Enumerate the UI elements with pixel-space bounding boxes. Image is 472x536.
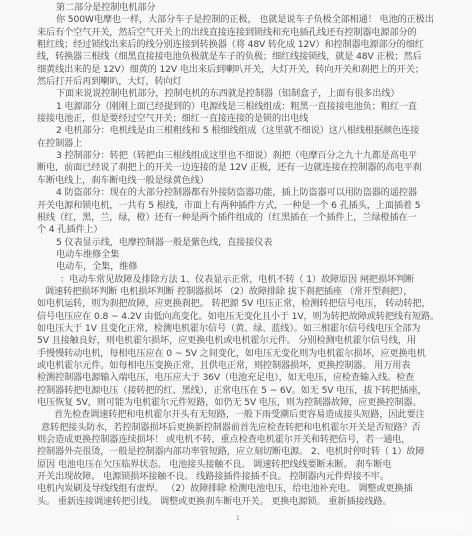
text-line: 开关出现故障。 电源锁损坏接触不良。 线路接插件接插不良。 控制器内元件焊接不牢… [37,471,437,483]
text-line: 如电机运转，则为刹把故障，应更换刹把。 转把源 5V 电压正常，检测转把信号电压… [37,298,437,310]
text-line: 4 防盗部分：现在的大部分控制器都有外接防盗器功能，插上防盗器可以用防盗器的遥控… [37,187,437,199]
text-line: 下面来说说控制电机部分，控制电机的东西就是控制器（铝制盒子，上面有很多出线） [37,88,437,100]
text-line: 细黄线出来的是 12V）细黄的 12V 电出来后到喇叭开关，大灯开关，转向开关和… [37,64,437,76]
text-line: 或电机霍尔元件。如每相电压变换正常，且供电正常，则控制器损坏，更换控制器。 用万… [37,360,437,372]
watermark [392,510,462,532]
text-line: 在控制器上 [37,138,437,150]
text-line: 如电压大于 1V 且变化正常，检测电机霍尔信号（黄、绿、蓝线）。如三相霍尔信号线… [37,323,437,335]
text-line: 开关电源和锁电机，一共有 5 根线，市面上有两种插件方式，一种是一个 6 孔插头… [37,200,437,212]
page-number: 1 [236,515,240,522]
text-line: 个 4 孔插件上） [37,224,437,236]
section-heading: 第二部分是控制电机部分 [37,2,437,14]
text-line: 电压恢复 5V，则可能为电机霍尔元件短路，如仍无 5V 电压，则为控制器故障，应… [37,397,437,409]
text-line: 调速转把损坏判断 电机损坏判断 控制器损坏 （2）故障排除 拔下刹把插座 （常开… [37,286,437,298]
text-line: 则会造成更换控制器连续损坏！ 或电机不转，重点检查电机霍尔开关和转把信号，若一通… [37,434,437,446]
text-line: 首先检查调速转把和电机霍尔开头有无短路，一般下雨受潮后更容易造成接头短路，因此要… [37,409,437,421]
text-line: 2 电机部分：电机线是由三根粗线和 5 根细线组成（这里就不细说）这八根线根据颜… [37,125,437,137]
text-line: 3 控制部分：转把（转把由三根线组成这里也不细说）刹把（电摩百分之九十九都是高电… [37,150,437,162]
text-line: 线，转换器三根线（细黑直接接电池负极就是车子的负极；细红线接锁线，就是 48V … [37,51,437,63]
text-line: 接接电池正，但是要经过空气开关；细红一直接连接的是锁的出电线 [37,113,437,125]
text-line: 电机内炭刷及导线线组有虚焊。 （2）故障排除 检测电池电压，给电池补充电。 调整… [37,483,437,495]
document-body: 第二部分是控制电机部分你 500W电摩也一样，大部分车子是控制的正极， 也就是说… [37,2,437,508]
text-line: 然后打开后再到喇叭，大灯，转向灯 [37,76,437,88]
text-line: 电动车，全集，维修 [37,261,437,273]
text-line: 原因 电池电压在欠压临界状态。 电池接头接触不良。 调速转把线线要断未断。 刹车… [37,459,437,471]
text-line: 信号电压应在 0.8 ~ 4.2V 由低向高变化。如电压无变化且小于 1V，则为… [37,311,437,323]
text-line: 来后有个空气开关，然后空气开关上的出线直接连接到锁线和充电插孔线还有控制器电源部… [37,27,437,39]
text-line: 车断电线上，刹车断电线一般是绿黄色线） [37,175,437,187]
text-line: 控制器转把电源电压（接转把的红、黑线），正常电压在 5 ~ 6V。如无 5V 电… [37,385,437,397]
text-line: 5 仪表显示线，电摩控制器一般是紫色线，直接接仪表 [37,237,437,249]
text-line: 根线（红，黑，兰，绿，橙）还有一种是两个插件组成的（红黑插在一个插件上，兰绿橙插… [37,212,437,224]
text-line: ：电动车常见故障及排除方法 1、仪表显示正常，电机不转（ 1）故障原因 闸把损坏… [37,274,437,286]
text-line: 你 500W电摩也一样，大部分车子是控制的正极， 也就是说车子负极全部相通！ 电… [37,14,437,26]
text-line: 控制器外壳很烫，一般是控制器内部功率管短路，应立刻切断电源。 2、电机时停时转（… [37,446,437,458]
text-line: 手慢慢转动电机，每相电压应在 0 ~ 5V 之间变化，如电压无变化则为电机霍尔损… [37,348,437,360]
text-line: 5V 且接触良好，则电机霍尔损坏，应更换电机或电机霍尔元件。 分别检测电机霍尔信… [37,335,437,347]
text-line: 1 电源部分（刚刚上面已经提到的）电源线是三根线组成：粗黑一直接接电池负；粗红一… [37,101,437,113]
text-line: 检测控制器电源输入端电压，电压应大于 36V（电池充足电），如无电压，应检查输入… [37,372,437,384]
text-line: 粗红线；经过锁线出来后的线分别连接到转换器（将 48V 转化成 12V）和控制器… [37,39,437,51]
document-page: 第二部分是控制电机部分你 500W电摩也一样，大部分车子是控制的正极， 也就是说… [0,0,472,536]
text-line: 电动车维修全集 [37,249,437,261]
text-line: 头。 重新连接调速转把引线。 调整或更换刹车断电开关。 更换电源锁。 重新插接线… [37,496,437,508]
text-line: 意转把接头防水，若控制器损坏后更换新控制器前首先应检查转把和电机霍尔开关是否短路… [37,422,437,434]
text-line: 断电，前面已经说了刹把上的开关一边连接的是 12V 正极，还有一边就连接在控制器… [37,162,437,174]
